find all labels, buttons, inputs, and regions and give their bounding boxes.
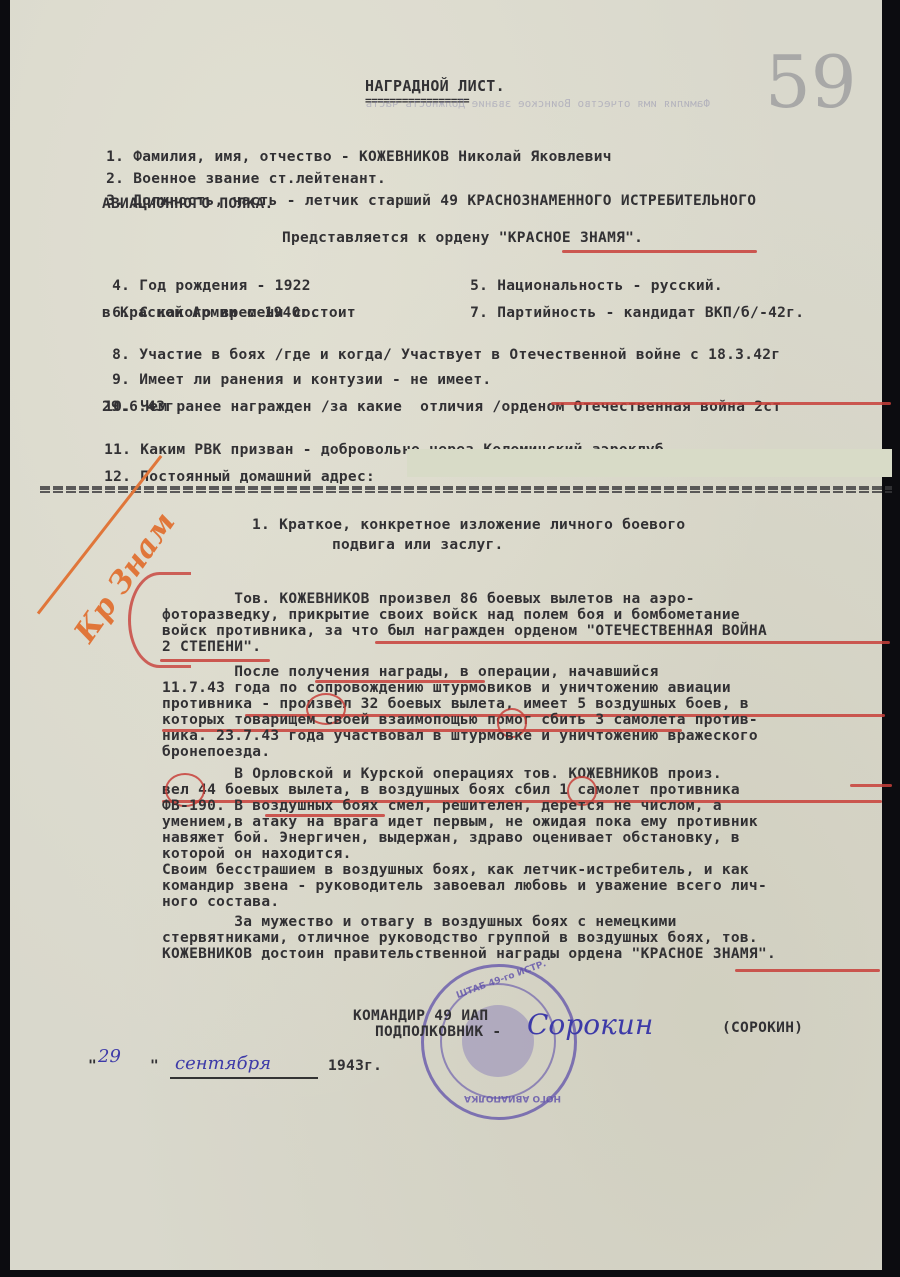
body-line: умением,в атаку на врага идет первым, не… <box>162 814 758 830</box>
body-line: КОЖЕВНИКОВ достоин правительственной наг… <box>162 946 776 962</box>
award-sheet-page: 59 НАГРАДНОЙ ЛИСТ. ================= Фам… <box>10 0 882 1270</box>
date-month: сентября <box>175 1053 271 1074</box>
bleed-through-text: Фамилия имя отчество Воинское звание Дол… <box>90 97 710 109</box>
commander-rank: ПОДПОЛКОВНИК - <box>375 1024 501 1040</box>
body-line: 11.7.43 года по сопровождению штурмовико… <box>162 680 731 696</box>
body-line: бронепоезда. <box>162 744 270 760</box>
document-title: НАГРАДНОЙ ЛИСТ. <box>365 77 505 95</box>
page-number-pencil: 59 <box>765 40 857 124</box>
body-line: вел 44 боевых вылета, в воздушных боях с… <box>162 782 740 798</box>
red-underline <box>850 784 892 787</box>
date-year: 1943г. <box>328 1058 382 1074</box>
body-line: Тов. КОЖЕВНИКОВ произвел 86 боевых вылет… <box>162 591 695 607</box>
body-line: противника - произвел 32 боевых вылета, … <box>162 696 749 712</box>
field-7: 7. Партийность - кандидат ВКП/б/-42г. <box>434 289 804 337</box>
date-close-quote: " <box>150 1058 159 1074</box>
red-underline <box>735 969 880 972</box>
body-line: ного состава. <box>162 894 279 910</box>
body-line: После получения награды, в операции, нач… <box>162 664 659 680</box>
official-stamp: ШТАБ 49-го ИСТР. НОГО АВИАПОЛКА <box>421 964 577 1120</box>
signatory-name: (СОРОКИН) <box>722 1020 803 1036</box>
body-line: фоторазведку, прикрытие своих войск над … <box>162 607 740 623</box>
body-line: ника. 23.7.43 года участвовал в штурмовк… <box>162 728 758 744</box>
commander-title: КОМАНДИР 49 ИАП <box>353 1008 488 1024</box>
section-heading-cont: подвига или заслуг. <box>332 537 504 553</box>
red-underline <box>160 659 270 662</box>
handwritten-signature: Сорокин <box>527 1008 653 1041</box>
field-10-continued: 29.6.43г. <box>102 399 183 415</box>
redacted-address <box>407 449 892 477</box>
body-line: войск противника, за что был награжден о… <box>162 623 767 639</box>
red-underline <box>562 250 757 253</box>
nomination-line: Представляется к ордену "КРАСНОЕ ЗНАМЯ". <box>282 230 643 246</box>
red-underline <box>551 402 891 405</box>
date-open-quote: " <box>88 1058 97 1074</box>
field-6-continued: в Красной Армии с 1940г. <box>102 305 319 321</box>
body-line: навяжет бой. Энергичен, выдержан, здраво… <box>162 830 740 846</box>
section-heading: 1. Краткое, конкретное изложение личного… <box>252 517 685 533</box>
body-line: Своим бесстрашием в воздушных боях, как … <box>162 862 749 878</box>
body-line: стервятниками, отличное руководство груп… <box>162 930 758 946</box>
date-underline <box>170 1077 318 1079</box>
body-line: 2 СТЕПЕНИ". <box>162 639 261 655</box>
body-line: За мужество и отвагу в воздушных боях с … <box>162 914 677 930</box>
body-line: командир звена - руководитель завоевал л… <box>162 878 767 894</box>
body-line: ФВ-190. В воздушных боях смел, решителен… <box>162 798 722 814</box>
body-line: которой он находится. <box>162 846 352 862</box>
section-divider <box>40 486 892 490</box>
date-day: 29 <box>98 1046 121 1067</box>
body-line: которых товарищем своей взаимопощью помо… <box>162 712 758 728</box>
field-12: 12. Постоянный домашний адрес: <box>68 453 375 501</box>
field-3-continued: АВИАЦИОННОГО ПОЛКА. <box>102 196 274 212</box>
red-underline <box>375 641 890 644</box>
body-line: В Орловской и Курской операциях тов. КОЖ… <box>162 766 722 782</box>
